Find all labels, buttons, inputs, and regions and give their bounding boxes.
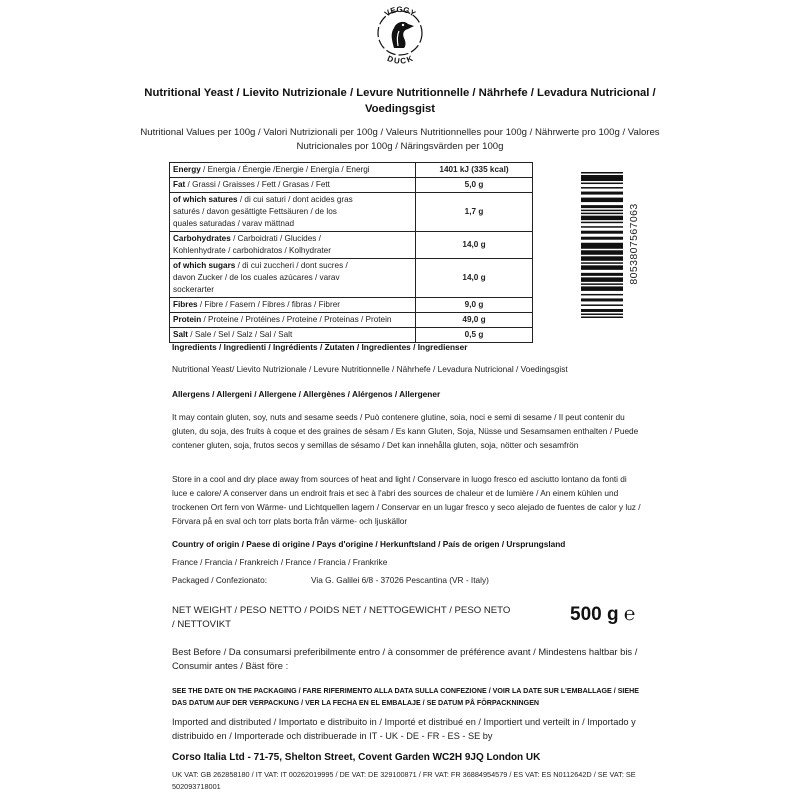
origin-heading: Country of origin / Paese di origine / P… [172, 537, 642, 551]
ingredients-text: Nutritional Yeast/ Lievito Nutrizionale … [172, 362, 642, 376]
nutrient-value: 1,7 g [416, 193, 533, 232]
importer-company: Corso Italia Ltd - 71-75, Shelton Street… [172, 751, 642, 765]
net-weight-label: NET WEIGHT / PESO NETTO / POIDS NET / NE… [172, 604, 512, 632]
storage-text: Store in a cool and dry place away from … [172, 472, 642, 528]
nutrient-label: Carbohydrates / Carboidrati / Glucides /… [170, 232, 416, 259]
ingredients-heading: Ingredients / Ingredienti / Ingrédients … [172, 340, 642, 354]
nutrition-row: of which sugars / di cui zuccheri / dont… [170, 259, 533, 298]
net-weight-value: 500 g ℮ [570, 604, 635, 626]
best-before-note: SEE THE DATE ON THE PACKAGING / FARE RIF… [172, 686, 642, 709]
duck-head-icon [392, 22, 414, 48]
nutrition-table: Energy / Energia / Énergie /Energie / En… [169, 162, 533, 343]
nutrition-row: Energy / Energia / Énergie /Energie / En… [170, 163, 533, 178]
allergens-heading: Allergens / Allergeni / Allergene / Alle… [172, 387, 642, 401]
nutrient-value: 1401 kJ (335 kcal) [416, 163, 533, 178]
importer-text: Imported and distributed / Importato e d… [172, 715, 642, 743]
nutrition-row: Protein / Proteine / Protéines / Protein… [170, 313, 533, 328]
nutrient-value: 9,0 g [416, 298, 533, 313]
nutrient-label: Fibres / Fibre / Fasern / Fibres / fibra… [170, 298, 416, 313]
allergens-text: It may contain gluten, soy, nuts and ses… [172, 410, 642, 452]
nutrition-row: Carbohydrates / Carboidrati / Glucides /… [170, 232, 533, 259]
nutrition-row: Fat / Grassi / Graisses / Fett / Grasas … [170, 178, 533, 193]
nutrient-value: 49,0 g [416, 313, 533, 328]
nutrient-value: 5,0 g [416, 178, 533, 193]
nutrition-subtitle: Nutritional Values per 100g / Valori Nut… [140, 126, 660, 154]
nutrient-value: 14,0 g [416, 259, 533, 298]
svg-text:VEGGY: VEGGY [383, 5, 418, 19]
packaged-address: Via G. Galilei 6/8 - 37026 Pescantina (V… [311, 573, 489, 587]
nutrition-row: of which satures / di cui saturi / dont … [170, 193, 533, 232]
product-title: Nutritional Yeast / Lievito Nutrizionale… [140, 85, 660, 117]
nutrient-label: Energy / Energia / Énergie /Energie / En… [170, 163, 416, 178]
nutrition-row: Fibres / Fibre / Fasern / Fibres / fibra… [170, 298, 533, 313]
nutrient-label: Protein / Proteine / Protéines / Protein… [170, 313, 416, 328]
nutrient-label: Fat / Grassi / Graisses / Fett / Grasas … [170, 178, 416, 193]
origin-text: France / Francia / Frankreich / France /… [172, 555, 642, 569]
barcode-number: 8053807567063 [628, 166, 640, 322]
veggy-duck-logo: VEGGY DUCK [368, 2, 432, 64]
barcode-icon [581, 172, 623, 318]
vat-numbers: UK VAT: GB 262858180 / IT VAT: IT 002620… [172, 769, 642, 793]
packaged-line: Packaged / Confezionato:Via G. Galilei 6… [172, 573, 642, 587]
best-before-label: Best Before / Da consumarsi preferibilme… [172, 645, 642, 673]
nutrient-label: of which satures / di cui saturi / dont … [170, 193, 416, 232]
packaged-label: Packaged / Confezionato: [172, 575, 267, 585]
nutrient-label: of which sugars / di cui zuccheri / dont… [170, 259, 416, 298]
nutrient-value: 14,0 g [416, 232, 533, 259]
